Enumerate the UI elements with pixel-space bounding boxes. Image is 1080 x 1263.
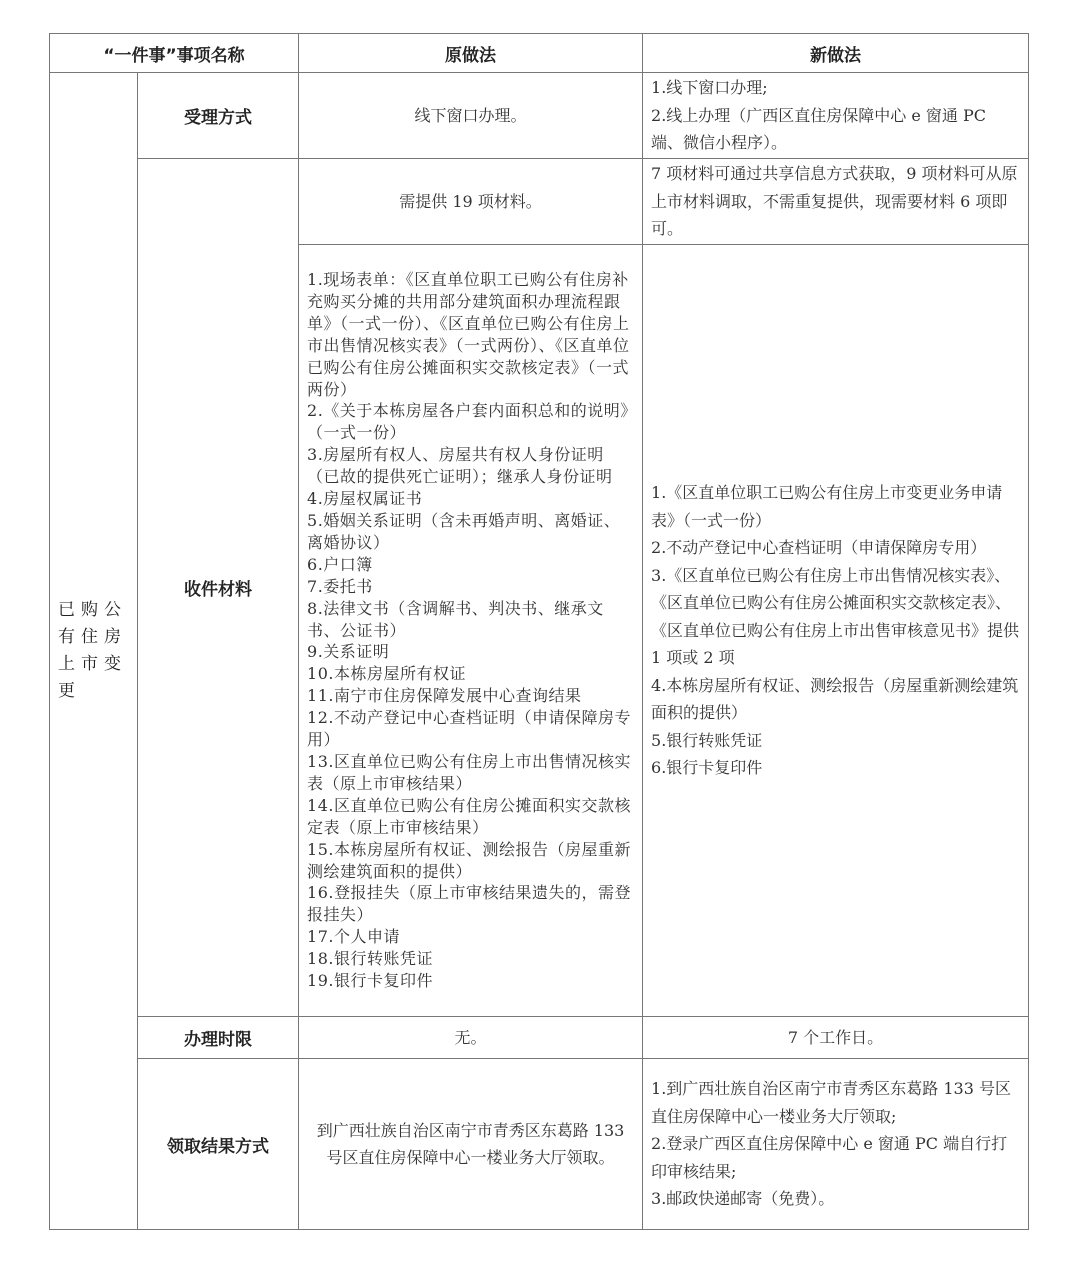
header-item-name: “一件事”事项名称	[50, 34, 299, 73]
row-materials-summary: 收件材料 需提供 19 项材料。 7 项材料可通过共享信息方式获取，9 项材料可…	[50, 159, 1029, 245]
old-material-item: 1.现场表单：《区直单位职工已购公有住房补充购买分摊的共用部分建筑面积办理流程跟…	[307, 269, 634, 400]
item-name-cell: 已购公有住房上市变更	[50, 73, 138, 1230]
old-material-item: 4.房屋权属证书	[307, 488, 634, 510]
new-pickup-line: 2.登录广西区直住房保障中心 e 窗通 PC 端自行打印审核结果;	[651, 1130, 1020, 1185]
new-material-item: 5.银行转账凭证	[651, 727, 1020, 755]
new-material-item: 1.《区直单位职工已购公有住房上市变更业务申请表》（一式一份）	[651, 479, 1020, 534]
old-material-item: 11.南宁市住房保障发展中心查询结果	[307, 685, 634, 707]
new-result-pickup: 1.到广西壮族自治区南宁市青秀区东葛路 133 号区直住房保障中心一楼业务大厅领…	[643, 1059, 1029, 1230]
label-materials: 收件材料	[138, 159, 299, 1017]
old-material-item: 13.区直单位已购公有住房上市出售情况核实表（原上市审核结果）	[307, 751, 634, 795]
old-material-item: 6.户口簿	[307, 554, 634, 576]
new-material-item: 3.《区直单位已购公有住房上市出售情况核实表》、《区直单位已购公有住房公摊面积实…	[651, 562, 1020, 672]
old-material-item: 15.本栋房屋所有权证、测绘报告（房屋重新测绘建筑面积的提供）	[307, 839, 634, 883]
old-material-item: 18.银行转账凭证	[307, 948, 634, 970]
row-result-pickup: 领取结果方式 到广西壮族自治区南宁市青秀区东葛路 133 号区直住房保障中心一楼…	[50, 1059, 1029, 1230]
old-material-item: 12.不动产登记中心查档证明（申请保障房专用）	[307, 707, 634, 751]
new-acceptance: 1.线下窗口办理; 2.线上办理（广西区直住房保障中心 e 窗通 PC 端、微信…	[643, 73, 1029, 159]
old-material-item: 10.本栋房屋所有权证	[307, 663, 634, 685]
new-acceptance-line: 2.线上办理（广西区直住房保障中心 e 窗通 PC 端、微信小程序）。	[651, 102, 1020, 157]
new-acceptance-line: 1.线下窗口办理;	[651, 74, 1020, 102]
old-material-item: 9.关系证明	[307, 641, 634, 663]
old-material-item: 14.区直单位已购公有住房公摊面积实交款核定表（原上市审核结果）	[307, 795, 634, 839]
new-material-item: 6.银行卡复印件	[651, 754, 1020, 782]
old-material-item: 17.个人申请	[307, 926, 634, 948]
new-pickup-line: 1.到广西壮族自治区南宁市青秀区东葛路 133 号区直住房保障中心一楼业务大厅领…	[651, 1075, 1020, 1130]
new-material-item: 4.本栋房屋所有权证、测绘报告（房屋重新测绘建筑面积的提供）	[651, 672, 1020, 727]
old-acceptance: 线下窗口办理。	[299, 73, 643, 159]
old-material-item: 7.委托书	[307, 576, 634, 598]
old-material-item: 5.婚姻关系证明（含未再婚声明、离婚证、离婚协议）	[307, 510, 634, 554]
header-old-method: 原做法	[299, 34, 643, 73]
old-material-item: 16.登报挂失（原上市审核结果遗失的，需登报挂失）	[307, 882, 634, 926]
old-time-limit: 无。	[299, 1017, 643, 1059]
row-acceptance: 已购公有住房上市变更 受理方式 线下窗口办理。 1.线下窗口办理; 2.线上办理…	[50, 73, 1029, 159]
old-material-item: 2.《关于本栋房屋各户套内面积总和的说明》（一式一份）	[307, 400, 634, 444]
header-row: “一件事”事项名称 原做法 新做法	[50, 34, 1029, 73]
old-material-item: 3.房屋所有权人、房屋共有权人身份证明（已故的提供死亡证明）；继承人身份证明	[307, 444, 634, 488]
header-new-method: 新做法	[643, 34, 1029, 73]
new-materials-list: 1.《区直单位职工已购公有住房上市变更业务申请表》（一式一份） 2.不动产登记中…	[643, 245, 1029, 1017]
old-materials-list: 1.现场表单：《区直单位职工已购公有住房补充购买分摊的共用部分建筑面积办理流程跟…	[299, 245, 643, 1017]
new-materials-summary: 7 项材料可通过共享信息方式获取，9 项材料可从原上市材料调取，不需重复提供，现…	[643, 159, 1029, 245]
row-time-limit: 办理时限 无。 7 个工作日。	[50, 1017, 1029, 1059]
new-time-limit: 7 个工作日。	[643, 1017, 1029, 1059]
old-material-item: 19.银行卡复印件	[307, 970, 634, 992]
old-materials-summary: 需提供 19 项材料。	[299, 159, 643, 245]
label-time-limit: 办理时限	[138, 1017, 299, 1059]
comparison-table: “一件事”事项名称 原做法 新做法 已购公有住房上市变更 受理方式 线下窗口办理…	[49, 33, 1029, 1230]
old-material-item: 8.法律文书（含调解书、判决书、继承文书、公证书）	[307, 598, 634, 642]
label-result-pickup: 领取结果方式	[138, 1059, 299, 1230]
new-material-item: 2.不动产登记中心查档证明（申请保障房专用）	[651, 534, 1020, 562]
label-acceptance: 受理方式	[138, 73, 299, 159]
old-result-pickup: 到广西壮族自治区南宁市青秀区东葛路 133 号区直住房保障中心一楼业务大厅领取。	[299, 1059, 643, 1230]
new-pickup-line: 3.邮政快递邮寄（免费）。	[651, 1185, 1020, 1213]
